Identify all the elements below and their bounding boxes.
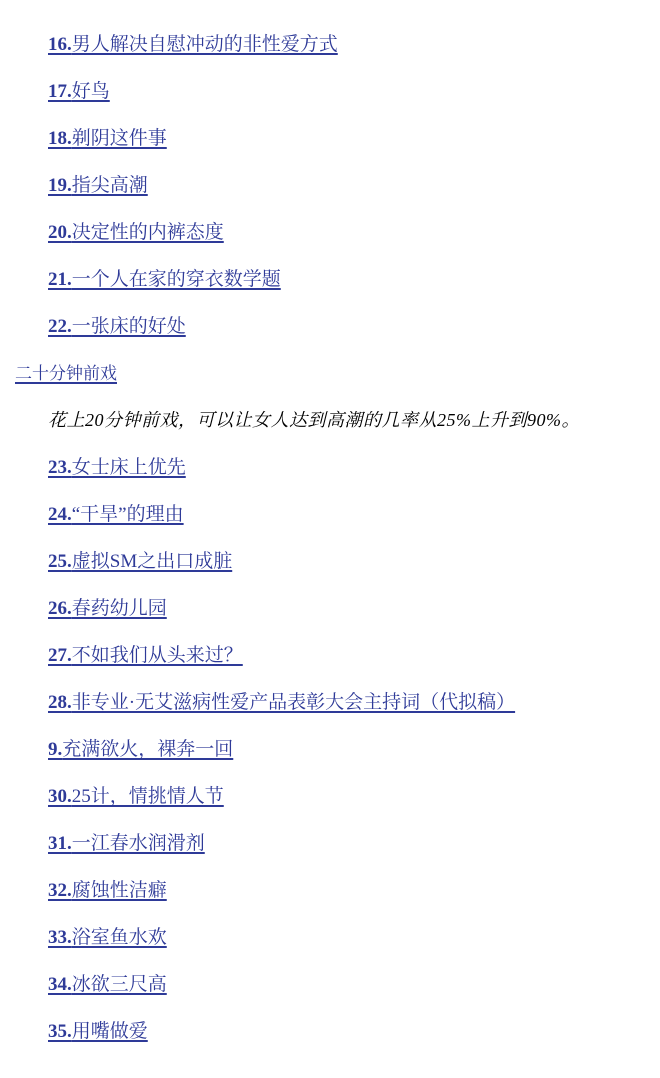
toc-item-number: 20. [48,222,72,243]
section-heading: 二十分钟前戏 [15,362,640,385]
toc-link-29[interactable]: 9.充满欲火，裸奔一回 [48,739,233,760]
toc-item: 28.非专业·无艾滋病性爱产品表彰大会主持词（代拟稿） [48,691,640,714]
toc-item-title: 女士床上优先 [72,457,186,478]
toc-link-31[interactable]: 31.一江春水润滑剂 [48,833,205,854]
toc-item: 17.好鸟 [48,80,640,103]
toc-item-title: 剃阴这件事 [72,128,167,149]
toc-item: 34.冰欲三尺高 [48,973,640,996]
toc-item: 26.春药幼儿园 [48,597,640,620]
toc-link-33[interactable]: 33.浴室鱼水欢 [48,927,167,948]
toc-link-22[interactable]: 22.一张床的好处 [48,316,186,337]
toc-item-title: 好鸟 [72,81,110,102]
toc-link-35[interactable]: 35.用嘴做爱 [48,1021,148,1042]
toc-item: 27.不如我们从头来过？ [48,644,640,667]
toc-item-number: 25. [48,551,72,572]
toc-item-number: 22. [48,316,72,337]
toc-item-number: 17. [48,81,72,102]
toc-item-title: 决定性的内裤态度 [72,222,224,243]
toc-item-number: 30. [48,786,72,807]
toc-item-title: 非专业·无艾滋病性爱产品表彰大会主持词（代拟稿） [72,692,515,713]
toc-item: 16.男人解决自慰冲动的非性爱方式 [48,33,640,56]
toc-item: 25.虚拟SM之出口成脏 [48,550,640,573]
toc-item-title: 25计，情挑情人节 [72,786,224,807]
toc-item-title: 不如我们从头来过？ [72,645,243,666]
toc-link-20[interactable]: 20.决定性的内裤态度 [48,222,224,243]
toc-item-number: 18. [48,128,72,149]
toc-item-title: 指尖高潮 [72,175,148,196]
toc-link-26[interactable]: 26.春药幼儿园 [48,598,167,619]
toc-item-title: 一个人在家的穿衣数学题 [72,269,281,290]
toc-item: 19.指尖高潮 [48,174,640,197]
toc-item: 31.一江春水润滑剂 [48,832,640,855]
toc-link-23[interactable]: 23.女士床上优先 [48,457,186,478]
document-page: 16.男人解决自慰冲动的非性爱方式 17.好鸟 18.剃阴这件事 19.指尖高潮… [0,0,660,1043]
toc-item: 33.浴室鱼水欢 [48,926,640,949]
section-heading-link[interactable]: 二十分钟前戏 [15,364,117,383]
toc-item-number: 27. [48,645,72,666]
toc-item: 32.腐蚀性洁癖 [48,879,640,902]
toc-item: 9.充满欲火，裸奔一回 [48,738,640,761]
toc-item-number: 31. [48,833,72,854]
toc-item-number: 32. [48,880,72,901]
toc-item-number: 28. [48,692,72,713]
toc-item-number: 19. [48,175,72,196]
toc-item: 22.一张床的好处 [48,315,640,338]
toc-link-16[interactable]: 16.男人解决自慰冲动的非性爱方式 [48,34,338,55]
toc-link-28[interactable]: 28.非专业·无艾滋病性爱产品表彰大会主持词（代拟稿） [48,692,515,713]
toc-link-32[interactable]: 32.腐蚀性洁癖 [48,880,167,901]
toc-item-title: 春药幼儿园 [72,598,167,619]
toc-item-title: 冰欲三尺高 [72,974,167,995]
toc-item-title: 一江春水润滑剂 [72,833,205,854]
toc-item-title: “干旱”的理由 [72,504,184,525]
toc-item: 24.“干旱”的理由 [48,503,640,526]
toc-item: 21.一个人在家的穿衣数学题 [48,268,640,291]
toc-item: 18.剃阴这件事 [48,127,640,150]
toc-item-number: 34. [48,974,72,995]
toc-link-27[interactable]: 27.不如我们从头来过？ [48,645,243,666]
toc-item-title: 用嘴做爱 [72,1021,148,1042]
toc-link-34[interactable]: 34.冰欲三尺高 [48,974,167,995]
toc-item-title: 浴室鱼水欢 [72,927,167,948]
toc-item-title: 腐蚀性洁癖 [72,880,167,901]
toc-item-number: 9. [48,739,62,760]
toc-link-25[interactable]: 25.虚拟SM之出口成脏 [48,551,232,572]
toc-item-title: 一张床的好处 [72,316,186,337]
toc-item-title: 充满欲火，裸奔一回 [62,739,233,760]
toc-item-number: 24. [48,504,72,525]
toc-item-number: 21. [48,269,72,290]
toc-item: 35.用嘴做爱 [48,1020,640,1043]
toc-link-18[interactable]: 18.剃阴这件事 [48,128,167,149]
toc-item: 23.女士床上优先 [48,456,640,479]
toc-item-number: 23. [48,457,72,478]
toc-item-number: 16. [48,34,72,55]
toc-link-21[interactable]: 21.一个人在家的穿衣数学题 [48,269,281,290]
intro-paragraph: 花上20分钟前戏，可以让女人达到高潮的几率从25%上升到90%。 [48,409,640,432]
toc-item: 20.决定性的内裤态度 [48,221,640,244]
toc-item: 30.25计，情挑情人节 [48,785,640,808]
toc-item-number: 33. [48,927,72,948]
toc-item-title: 虚拟SM之出口成脏 [72,551,232,572]
toc-link-24[interactable]: 24.“干旱”的理由 [48,504,184,525]
toc-item-title: 男人解决自慰冲动的非性爱方式 [72,34,338,55]
toc-link-19[interactable]: 19.指尖高潮 [48,175,148,196]
toc-link-30[interactable]: 30.25计，情挑情人节 [48,786,224,807]
toc-item-number: 35. [48,1021,72,1042]
toc-link-17[interactable]: 17.好鸟 [48,81,110,102]
toc-item-number: 26. [48,598,72,619]
